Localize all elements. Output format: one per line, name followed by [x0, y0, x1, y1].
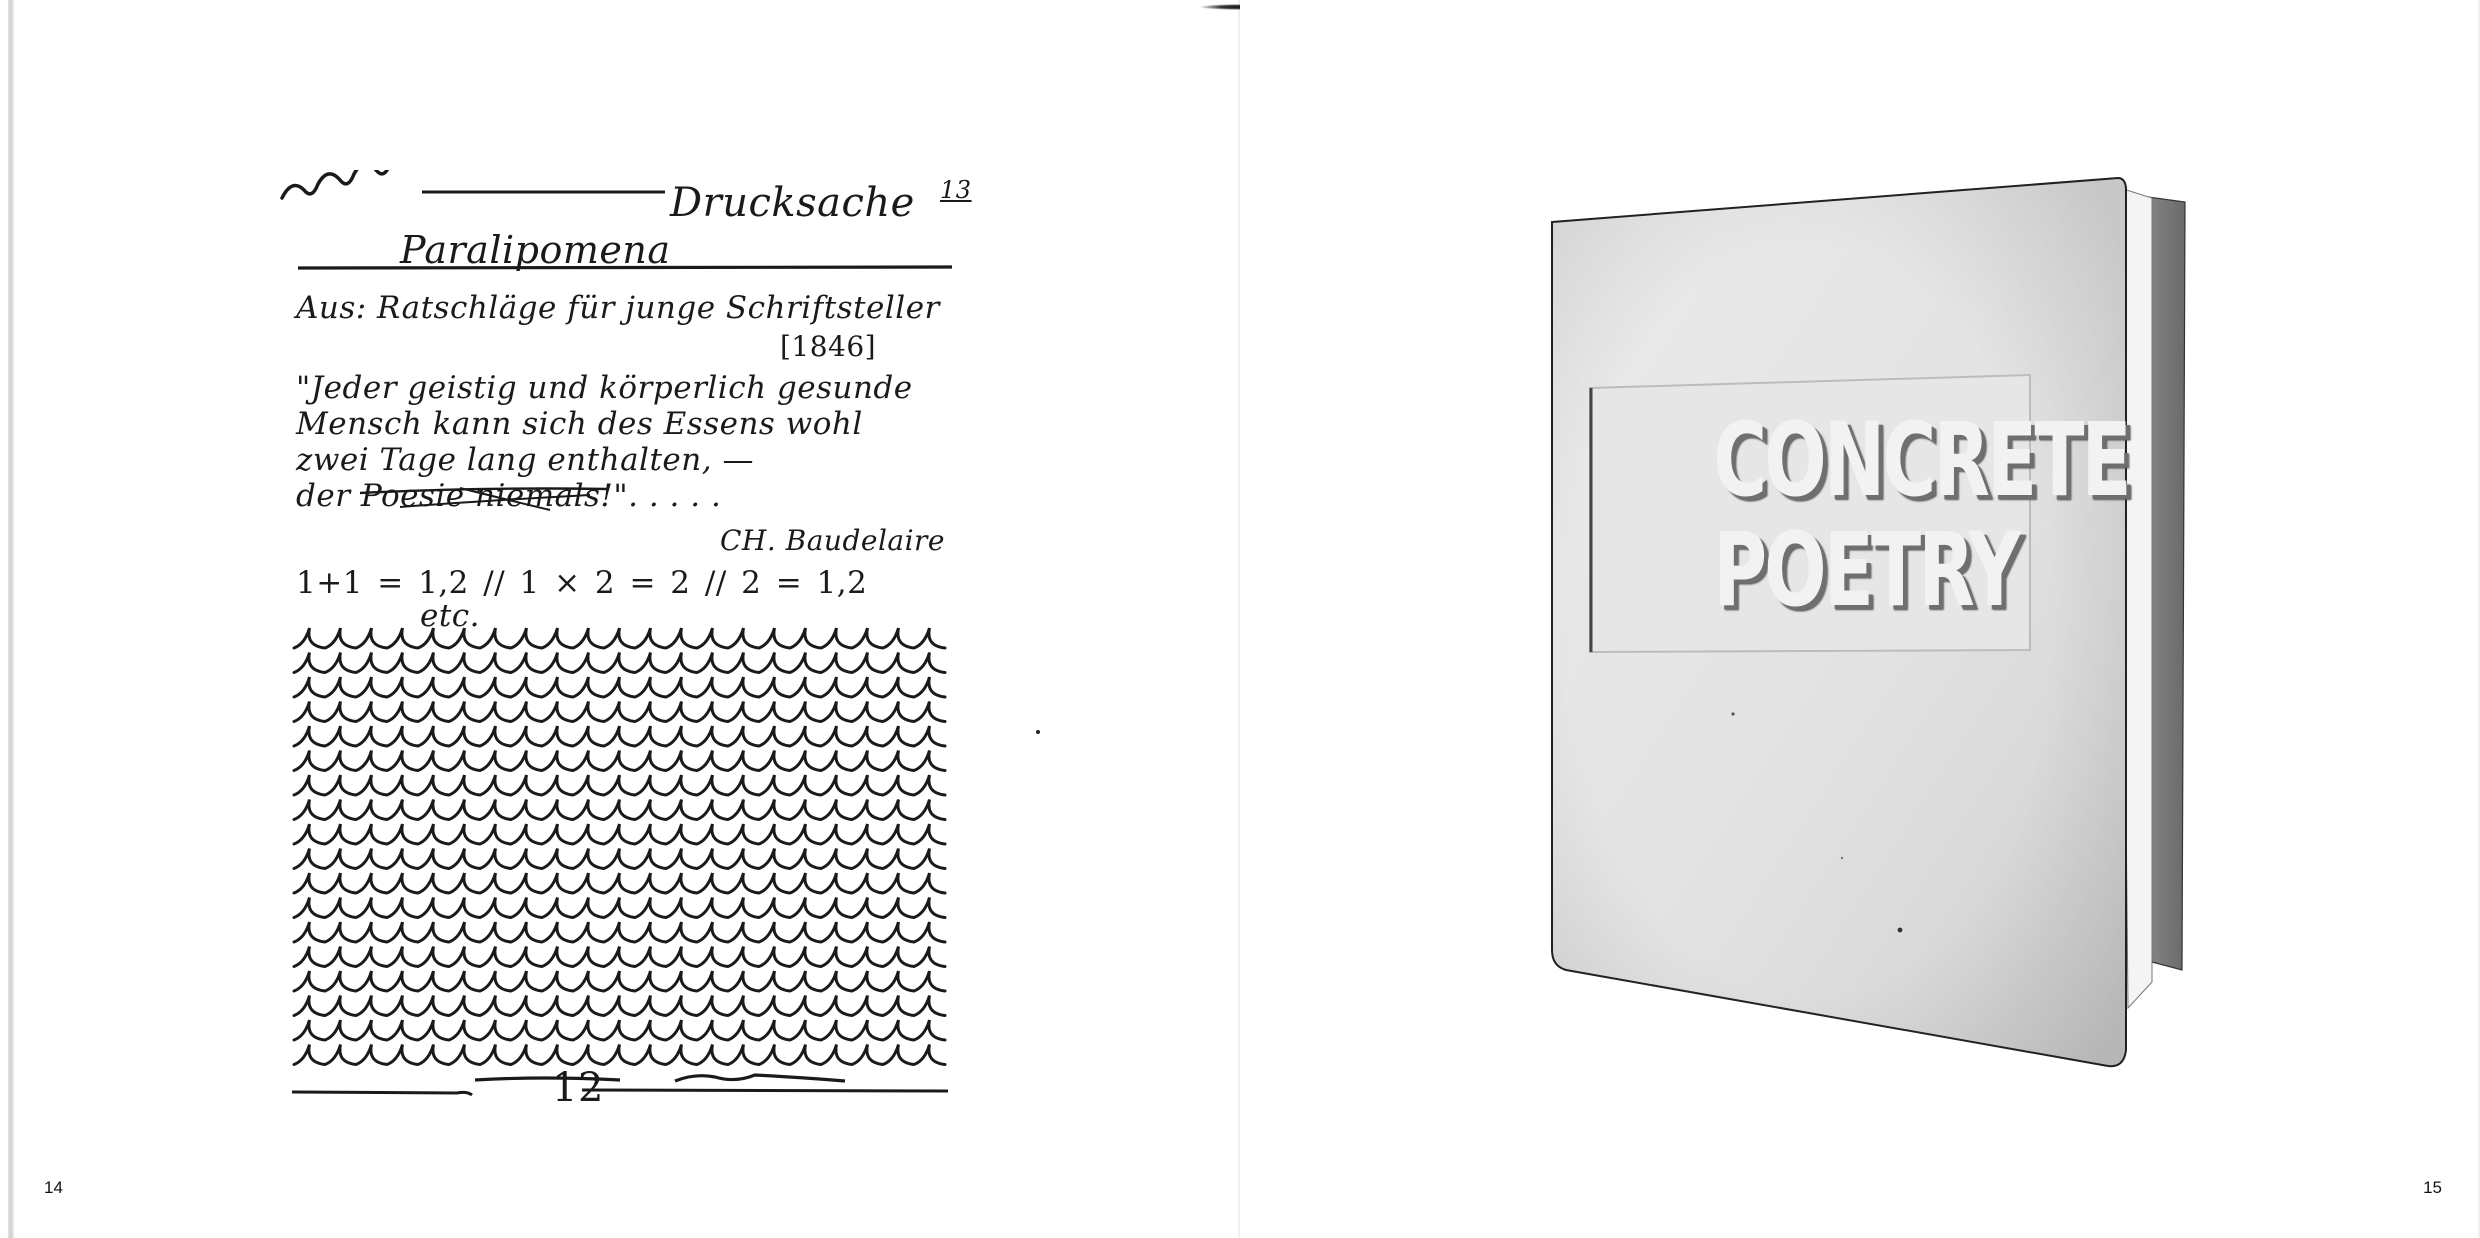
scribble-row	[294, 824, 945, 844]
manuscript-math-line: 1+1 = 1,2 // 1 × 2 = 2 // 2 = 1,2	[296, 565, 867, 601]
quote-line: der Poesie niemals!". . . . .	[296, 478, 913, 514]
scribble-row	[294, 1020, 945, 1040]
manuscript-header-number: 13	[940, 176, 972, 204]
manuscript-footer-page: 12	[552, 1065, 604, 1111]
scribble-row	[294, 947, 945, 967]
left-page: Drucksache 13 Paralipomena Aus: Ratschlä…	[0, 0, 1240, 1238]
scribble-row	[294, 726, 945, 746]
scribble-row	[294, 677, 945, 697]
scribble-row	[294, 922, 945, 942]
manuscript-source-year: [1846]	[780, 330, 876, 363]
page-number-right: 15	[2423, 1178, 2442, 1198]
quote-line: zwei Tage lang enthalten, —	[296, 442, 913, 478]
binding-edge	[8, 0, 14, 1238]
manuscript-etc: etc.	[420, 598, 480, 634]
book-title-line2: POETRY	[1713, 520, 1987, 622]
scan-speck	[1036, 730, 1040, 734]
scribble-row	[294, 1045, 945, 1065]
scribble-row	[294, 702, 945, 722]
book-title-line1: CONCRETE	[1713, 410, 1987, 512]
manuscript-attribution: CH. Baudelaire	[720, 524, 945, 557]
manuscript-subtitle: Paralipomena	[400, 228, 671, 272]
quote-line: "Jeder geistig und körperlich gesunde	[296, 370, 913, 406]
book-cover-title: CONCRETE POETRY	[1713, 410, 1987, 622]
handwritten-manuscript: Drucksache 13 Paralipomena Aus: Ratschlä…	[280, 170, 980, 1110]
scribble-row	[294, 971, 945, 991]
quote-line: Mensch kann sich des Essens wohl	[296, 406, 913, 442]
scribble-row	[294, 898, 945, 918]
scribble-row	[294, 751, 945, 771]
scribble-row	[294, 800, 945, 820]
scribble-row	[294, 873, 945, 893]
scribble-row	[294, 775, 945, 795]
scribble-row	[294, 996, 945, 1016]
manuscript-header-title: Drucksache	[670, 180, 915, 226]
scribble-row	[294, 628, 945, 648]
scribble-row	[294, 849, 945, 869]
manuscript-source: Aus: Ratschläge für junge Schriftsteller	[296, 290, 940, 326]
page-number-left: 14	[44, 1178, 63, 1198]
manuscript-quote: "Jeder geistig und körperlich gesunde Me…	[296, 370, 913, 514]
scribble-row	[294, 653, 945, 673]
